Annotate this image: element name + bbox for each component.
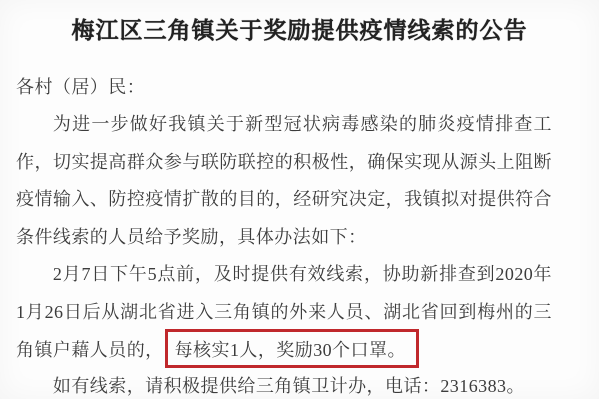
highlight-box: 每核实1人，奖励30个口罩。 — [165, 329, 419, 368]
salutation-line: 各村（居）民： — [16, 76, 552, 98]
paragraph2-line1: 2月7日下午5点前，及时提供有效线索，协助新排查到2020年 — [16, 263, 552, 285]
notice-document: 梅江区三角镇关于奖励提供疫情线索的公告 各村（居）民： 为进一步做好我镇关于新型… — [0, 0, 599, 399]
page-title: 梅江区三角镇关于奖励提供疫情线索的公告 — [0, 12, 599, 45]
paragraph1-line1: 为进一步做好我镇关于新型冠状病毒感染的肺炎疫情排查工 — [16, 113, 552, 135]
paragraph1-line2: 作，切实提高群众参与联防联控的积极性，确保实现从源头上阻断 — [16, 151, 552, 173]
paragraph1-line3: 疫情输入、防控疫情扩散的目的，经研究决定，我镇拟对提供符合 — [16, 188, 552, 210]
contact-line: 如有线索，请积极提供给三角镇卫计办，电话：2316383。 — [16, 375, 552, 397]
paragraph2-line3-prefix: 角镇户藉人员的， — [16, 340, 164, 360]
paragraph2-line3: 角镇户藉人员的，每核实1人，奖励30个口罩。 — [16, 339, 552, 361]
highlight-text: 每核实1人，奖励30个口罩。 — [175, 340, 406, 360]
paragraph2-line2: 1月26日后从湖北省进入三角镇的外来人员、湖北省回到梅州的三 — [16, 301, 552, 323]
paragraph1-line4: 条件线索的人员给予奖励，具体办法如下： — [16, 226, 552, 248]
